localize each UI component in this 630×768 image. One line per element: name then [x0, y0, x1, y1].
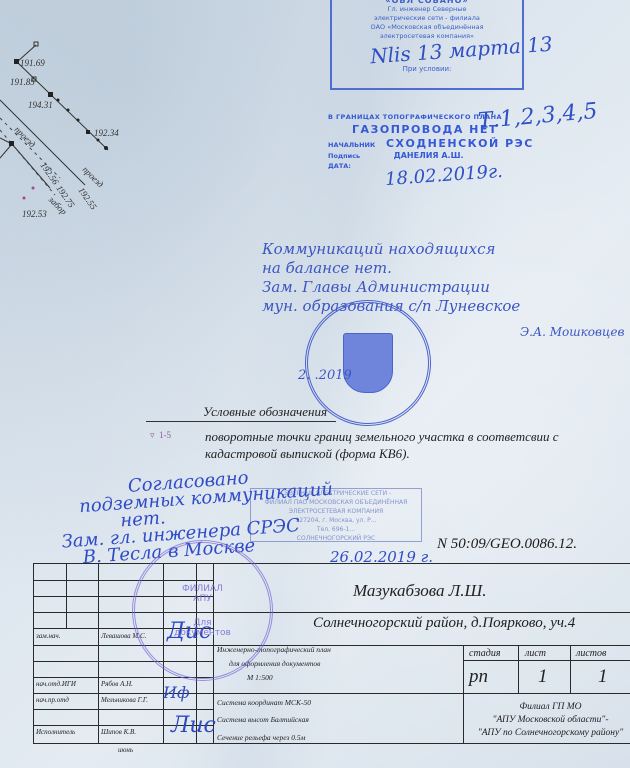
gas-stamp-line3: НАЧАЛЬНИК СХОДНЕНСКОЙ РЭС — [328, 137, 628, 150]
stage-header: стадия — [469, 648, 501, 659]
staff-name: Рябов А.Н. — [101, 680, 133, 688]
stage-value: рп — [469, 666, 488, 688]
title-block: Мазукабзова Л.Ш. Солнечногорский район, … — [33, 563, 630, 768]
svg-text:192.56: 192.56 — [38, 160, 61, 186]
stamp-line: Гл. инженер Северные — [332, 5, 522, 14]
stamp-condition-label: При условии: — [332, 65, 522, 74]
staff-role: нач.отд.ИГИ — [36, 680, 76, 688]
topographic-plan-fragment: 191.69 191.85 194.31 192.34 192.56 192.5… — [0, 40, 140, 230]
staff-role: Исполнитель — [36, 728, 75, 736]
tb-line — [33, 563, 630, 564]
signature-scribble: Иф — [163, 683, 189, 702]
relief-section: Сечение рельефа через 0.5м — [217, 733, 305, 742]
svg-text:194.31: 194.31 — [28, 100, 53, 110]
signature-scribble: Лис — [171, 713, 216, 738]
svg-text:192.55: 192.55 — [76, 185, 99, 211]
height-system: Система высот Балтийская — [217, 715, 309, 724]
handwritten-note-communications: Коммуникаций находящихся на балансе нет.… — [262, 240, 622, 316]
organization: Филиал ГП МО "АПУ Московской области"- "… — [463, 701, 630, 740]
coordinate-system: Система координат МСК-50 — [217, 698, 311, 707]
svg-text:192.34: 192.34 — [94, 128, 119, 138]
staff-role: нач.пр.отд — [36, 696, 69, 704]
legend-title: Условные обозначения — [203, 404, 327, 420]
staff-month: июнь — [118, 746, 133, 754]
legend-symbol: ▿ 1-5 — [150, 430, 171, 441]
note1-signature: Э.А. Мошковцев — [520, 325, 624, 339]
sheet-header: лист — [525, 648, 546, 659]
apu-round-seal: ФИЛИАЛ АПУ Для документов — [132, 540, 273, 681]
gas-stamp-line4: Подпись ДАНЕЛИЯ А.Ш. — [328, 151, 628, 160]
svg-text:192.53: 192.53 — [22, 209, 47, 219]
stamp-line: ОАО «Московская объединённая — [332, 23, 522, 32]
svg-text:191.69: 191.69 — [20, 58, 45, 68]
sheets-value: 1 — [598, 666, 608, 688]
svg-text:проезд: проезд — [13, 124, 38, 149]
staff-name: Мельникова Г.Г. — [101, 696, 148, 704]
sheets-header: листов — [576, 648, 606, 659]
staff-name: Шипов К.В. — [101, 728, 136, 736]
client-name: Мазукабзова Л.Ш. — [353, 581, 487, 601]
coat-of-arms-icon — [343, 333, 393, 393]
sheet-value: 1 — [538, 666, 548, 688]
document-number: N 50:09/GEO.0086.12. — [437, 536, 577, 553]
svg-text:191.85: 191.85 — [10, 77, 35, 87]
note1-date: 2. .2019 — [298, 368, 352, 383]
stamp-line: электрические сети - филиала — [332, 14, 522, 23]
legend-underline — [146, 421, 336, 422]
site-address: Солнечногорский район, д.Поярково, уч.4 — [313, 615, 575, 632]
staff-role: зам.нач. — [36, 632, 60, 640]
